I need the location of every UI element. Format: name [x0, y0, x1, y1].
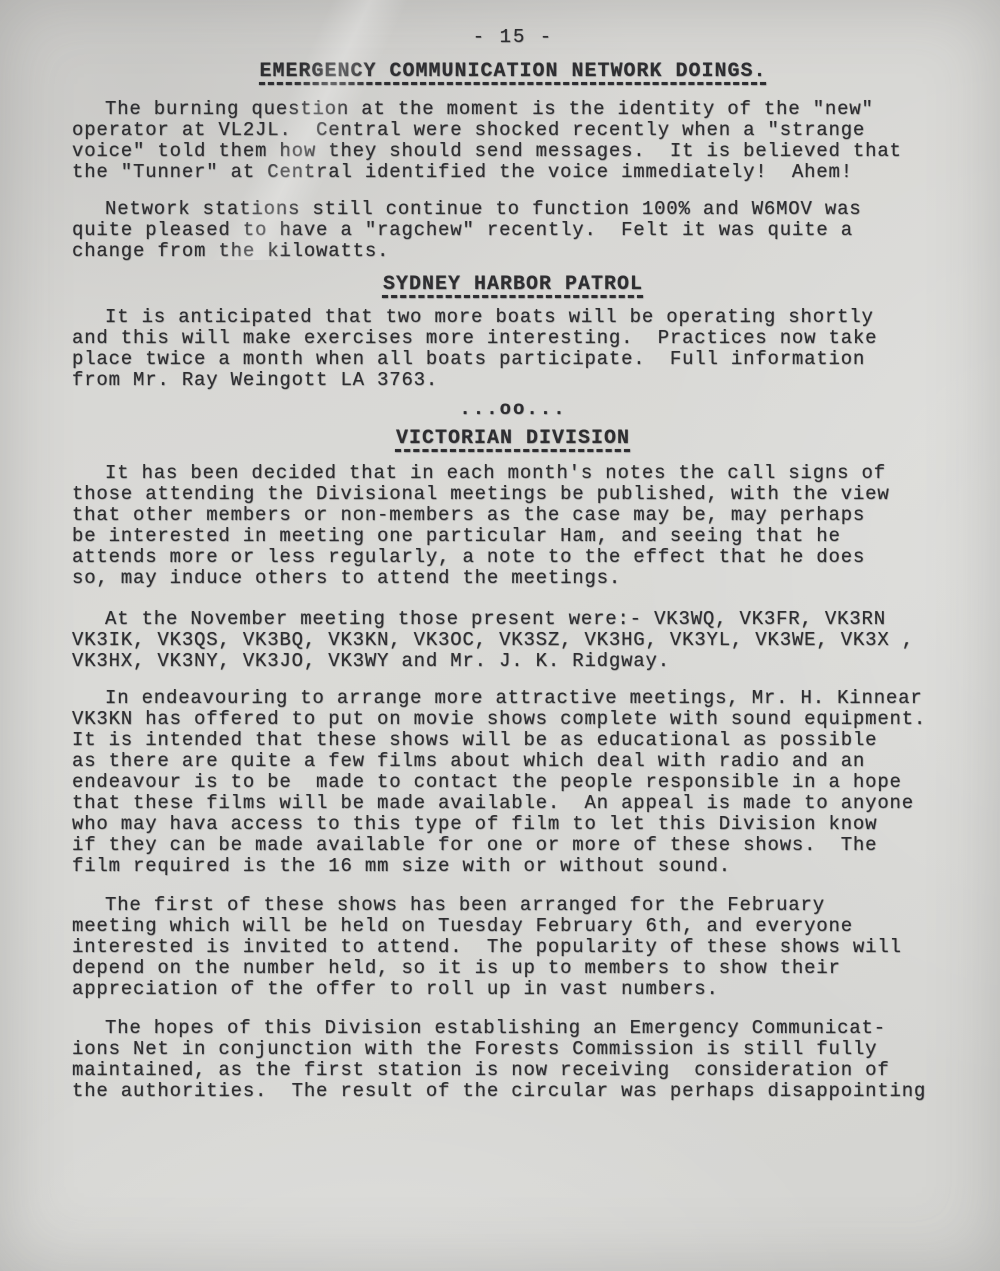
paragraph: In endeavouring to arrange more attracti… — [72, 688, 954, 877]
page-content: - 15 - EMERGENCY COMMUNICATION NETWORK D… — [0, 0, 1000, 1102]
section-emergency-communication-network: EMERGENCY COMMUNICATION NETWORK DOINGS. … — [72, 61, 954, 262]
section-victorian-division: VICTORIAN DIVISION It has been decided t… — [72, 428, 954, 1102]
paragraph: Network stations still continue to funct… — [72, 199, 954, 262]
section-sydney-harbor-patrol: SYDNEY HARBOR PATROL It is anticipated t… — [72, 274, 954, 391]
paragraph: The burning question at the moment is th… — [72, 99, 954, 183]
section-heading-victorian-division: VICTORIAN DIVISION — [72, 428, 954, 449]
section-heading-sydney-harbor-patrol: SYDNEY HARBOR PATROL — [72, 274, 954, 295]
paragraph: It has been decided that in each month's… — [72, 463, 954, 589]
paragraph: It is anticipated that two more boats wi… — [72, 307, 954, 391]
section-separator: ...oo... — [72, 399, 954, 420]
page-number: - 15 - — [72, 27, 954, 48]
section-heading-emergency-network: EMERGENCY COMMUNICATION NETWORK DOINGS. — [72, 61, 954, 82]
scanned-newsletter-page: - 15 - EMERGENCY COMMUNICATION NETWORK D… — [0, 0, 1000, 1271]
paragraph: The hopes of this Division establishing … — [72, 1018, 954, 1102]
paragraph: The first of these shows has been arrang… — [72, 895, 954, 1000]
paragraph-call-signs: At the November meeting those present we… — [72, 609, 954, 672]
